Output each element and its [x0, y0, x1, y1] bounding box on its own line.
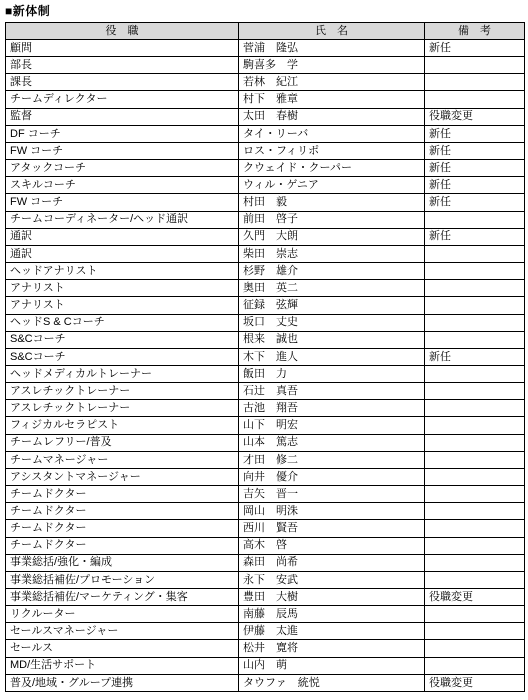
cell-remarks [425, 314, 525, 331]
cell-name: 山本 篤志 [239, 434, 425, 451]
cell-remarks [425, 434, 525, 451]
cell-remarks [425, 245, 525, 262]
cell-remarks [425, 365, 525, 382]
cell-name: 太田 春樹 [239, 108, 425, 125]
cell-name: 山下 明宏 [239, 417, 425, 434]
cell-remarks [425, 606, 525, 623]
table-row: アシスタントマネージャー向井 優介 [6, 468, 525, 485]
table-row: 監督太田 春樹役職変更 [6, 108, 525, 125]
cell-name: 岡山 明洙 [239, 503, 425, 520]
cell-name: 奥田 英二 [239, 280, 425, 297]
cell-position: 監督 [6, 108, 239, 125]
cell-position: アタックコーチ [6, 160, 239, 177]
table-row: 通訳柴田 崇志 [6, 245, 525, 262]
cell-position: スキルコーチ [6, 177, 239, 194]
cell-name: 森田 尚希 [239, 554, 425, 571]
cell-remarks: 新任 [425, 348, 525, 365]
cell-name: 前田 啓子 [239, 211, 425, 228]
cell-name: 駒喜多 学 [239, 57, 425, 74]
cell-position: 課長 [6, 74, 239, 91]
cell-remarks [425, 486, 525, 503]
table-header: 役 職 氏 名 備 考 [6, 23, 525, 40]
cell-name: 永下 安武 [239, 571, 425, 588]
table-row: S&Cコーチ根来 誠也 [6, 331, 525, 348]
table-row: 通訳久門 大朗新任 [6, 228, 525, 245]
cell-name: 久門 大朗 [239, 228, 425, 245]
cell-position: チームドクター [6, 486, 239, 503]
table-row: アタックコーチクウェイド・クーパー新任 [6, 160, 525, 177]
document-page: ■新体制 役 職 氏 名 備 考 顧問菅浦 隆弘新任部長駒喜多 学課長若林 紀江… [0, 0, 528, 700]
cell-remarks: 新任 [425, 40, 525, 57]
cell-remarks [425, 57, 525, 74]
cell-name: クウェイド・クーパー [239, 160, 425, 177]
table-body: 顧問菅浦 隆弘新任部長駒喜多 学課長若林 紀江チームディレクター村下 雅章監督太… [6, 40, 525, 692]
cell-name: 南藤 辰馬 [239, 606, 425, 623]
cell-name: 村田 毅 [239, 194, 425, 211]
cell-position: チームコーディネーター/ヘッド通訳 [6, 211, 239, 228]
cell-name: 杉野 雄介 [239, 263, 425, 280]
table-row: 部長駒喜多 学 [6, 57, 525, 74]
table-row: チームドクター西川 賢吾 [6, 520, 525, 537]
cell-name: 根来 誠也 [239, 331, 425, 348]
cell-position: アシスタントマネージャー [6, 468, 239, 485]
table-row: チームドクター高木 啓 [6, 537, 525, 554]
cell-name: 豊田 大樹 [239, 589, 425, 606]
cell-remarks [425, 468, 525, 485]
table-row: アスレチックトレーナー古池 翔吾 [6, 400, 525, 417]
cell-position: ヘッドメディカルトレーナー [6, 365, 239, 382]
section-title: ■新体制 [5, 2, 50, 19]
table-row: アナリスト奥田 英二 [6, 280, 525, 297]
table-row: 普及/地域・グループ連携タウファ 統悦役職変更 [6, 674, 525, 691]
cell-position: 部長 [6, 57, 239, 74]
table-row: S&Cコーチ木下 進人新任 [6, 348, 525, 365]
cell-remarks [425, 554, 525, 571]
cell-position: S&Cコーチ [6, 348, 239, 365]
cell-position: アスレチックトレーナー [6, 400, 239, 417]
column-header-remarks: 備 考 [425, 23, 525, 40]
cell-remarks: 新任 [425, 194, 525, 211]
cell-remarks [425, 417, 525, 434]
cell-remarks [425, 263, 525, 280]
cell-position: チームドクター [6, 520, 239, 537]
cell-name: ロス・フィリポ [239, 142, 425, 159]
cell-position: アナリスト [6, 280, 239, 297]
cell-position: チームドクター [6, 537, 239, 554]
table-row: FW コーチロス・フィリポ新任 [6, 142, 525, 159]
cell-position: 通訳 [6, 228, 239, 245]
table-row: ヘッドメディカルトレーナー飯田 力 [6, 365, 525, 382]
cell-name: 石辻 真吾 [239, 383, 425, 400]
table-row: 顧問菅浦 隆弘新任 [6, 40, 525, 57]
cell-name: 西川 賢吾 [239, 520, 425, 537]
cell-remarks [425, 74, 525, 91]
cell-position: チームレフリー/普及 [6, 434, 239, 451]
cell-position: FW コーチ [6, 142, 239, 159]
cell-remarks: 役職変更 [425, 589, 525, 606]
cell-position: ヘッドS & Cコーチ [6, 314, 239, 331]
cell-name: ウィル・ゲニア [239, 177, 425, 194]
table-row: セールスマネージャー伊藤 太進 [6, 623, 525, 640]
cell-name: 若林 紀江 [239, 74, 425, 91]
cell-name: 菅浦 隆弘 [239, 40, 425, 57]
table-row: チームドクター岡山 明洙 [6, 503, 525, 520]
cell-remarks [425, 451, 525, 468]
cell-remarks: 新任 [425, 142, 525, 159]
cell-position: 通訳 [6, 245, 239, 262]
cell-name: 才田 修二 [239, 451, 425, 468]
cell-name: 古池 翔吾 [239, 400, 425, 417]
table-row: DF コーチタイ・リーバ新任 [6, 125, 525, 142]
cell-remarks [425, 623, 525, 640]
table-row: アナリスト征録 弦輝 [6, 297, 525, 314]
cell-name: 松井 寛将 [239, 640, 425, 657]
cell-position: FW コーチ [6, 194, 239, 211]
cell-remarks: 新任 [425, 125, 525, 142]
cell-remarks [425, 503, 525, 520]
cell-remarks [425, 400, 525, 417]
cell-position: 顧問 [6, 40, 239, 57]
cell-remarks: 新任 [425, 177, 525, 194]
cell-remarks [425, 520, 525, 537]
table-row: スキルコーチウィル・ゲニア新任 [6, 177, 525, 194]
table-header-row: 役 職 氏 名 備 考 [6, 23, 525, 40]
cell-name: 吉矢 晋一 [239, 486, 425, 503]
cell-remarks [425, 657, 525, 674]
table-row: ヘッドS & Cコーチ坂口 丈史 [6, 314, 525, 331]
cell-remarks: 新任 [425, 228, 525, 245]
table-row: MD/生活サポート山内 萌 [6, 657, 525, 674]
column-header-position: 役 職 [6, 23, 239, 40]
cell-name: 向井 優介 [239, 468, 425, 485]
cell-remarks [425, 211, 525, 228]
cell-name: タウファ 統悦 [239, 674, 425, 691]
table-row: チームドクター吉矢 晋一 [6, 486, 525, 503]
cell-remarks [425, 297, 525, 314]
cell-remarks [425, 91, 525, 108]
cell-position: リクルーター [6, 606, 239, 623]
table-row: チームレフリー/普及山本 篤志 [6, 434, 525, 451]
table-row: 課長若林 紀江 [6, 74, 525, 91]
cell-remarks [425, 280, 525, 297]
cell-remarks [425, 537, 525, 554]
cell-name: 村下 雅章 [239, 91, 425, 108]
cell-position: アスレチックトレーナー [6, 383, 239, 400]
cell-position: 普及/地域・グループ連携 [6, 674, 239, 691]
table-row: チームマネージャー才田 修二 [6, 451, 525, 468]
cell-name: 山内 萌 [239, 657, 425, 674]
new-structure-table: 役 職 氏 名 備 考 顧問菅浦 隆弘新任部長駒喜多 学課長若林 紀江チームディ… [5, 22, 525, 692]
cell-position: ヘッドアナリスト [6, 263, 239, 280]
table-row: セールス松井 寛将 [6, 640, 525, 657]
cell-name: タイ・リーバ [239, 125, 425, 142]
cell-remarks [425, 640, 525, 657]
cell-position: 事業総括補佐/マーケティング・集客 [6, 589, 239, 606]
cell-position: フィジカルセラピスト [6, 417, 239, 434]
cell-name: 坂口 丈史 [239, 314, 425, 331]
table-row: アスレチックトレーナー石辻 真吾 [6, 383, 525, 400]
cell-position: チームマネージャー [6, 451, 239, 468]
cell-name: 征録 弦輝 [239, 297, 425, 314]
table-row: リクルーター南藤 辰馬 [6, 606, 525, 623]
cell-position: アナリスト [6, 297, 239, 314]
table-row: ヘッドアナリスト杉野 雄介 [6, 263, 525, 280]
cell-position: セールスマネージャー [6, 623, 239, 640]
cell-name: 木下 進人 [239, 348, 425, 365]
cell-position: MD/生活サポート [6, 657, 239, 674]
cell-position: 事業総括/強化・編成 [6, 554, 239, 571]
cell-remarks: 新任 [425, 160, 525, 177]
table-row: 事業総括補佐/プロモーション永下 安武 [6, 571, 525, 588]
cell-name: 伊藤 太進 [239, 623, 425, 640]
table-row: 事業総括/強化・編成森田 尚希 [6, 554, 525, 571]
cell-position: DF コーチ [6, 125, 239, 142]
table-row: FW コーチ村田 毅新任 [6, 194, 525, 211]
cell-remarks: 役職変更 [425, 108, 525, 125]
cell-remarks [425, 571, 525, 588]
cell-name: 高木 啓 [239, 537, 425, 554]
table-row: チームコーディネーター/ヘッド通訳前田 啓子 [6, 211, 525, 228]
table-row: チームディレクター村下 雅章 [6, 91, 525, 108]
cell-position: チームドクター [6, 503, 239, 520]
cell-position: S&Cコーチ [6, 331, 239, 348]
cell-position: チームディレクター [6, 91, 239, 108]
cell-position: セールス [6, 640, 239, 657]
cell-remarks: 役職変更 [425, 674, 525, 691]
cell-position: 事業総括補佐/プロモーション [6, 571, 239, 588]
table-row: フィジカルセラピスト山下 明宏 [6, 417, 525, 434]
cell-name: 飯田 力 [239, 365, 425, 382]
cell-remarks [425, 331, 525, 348]
table-row: 事業総括補佐/マーケティング・集客豊田 大樹役職変更 [6, 589, 525, 606]
cell-name: 柴田 崇志 [239, 245, 425, 262]
column-header-name: 氏 名 [239, 23, 425, 40]
cell-remarks [425, 383, 525, 400]
